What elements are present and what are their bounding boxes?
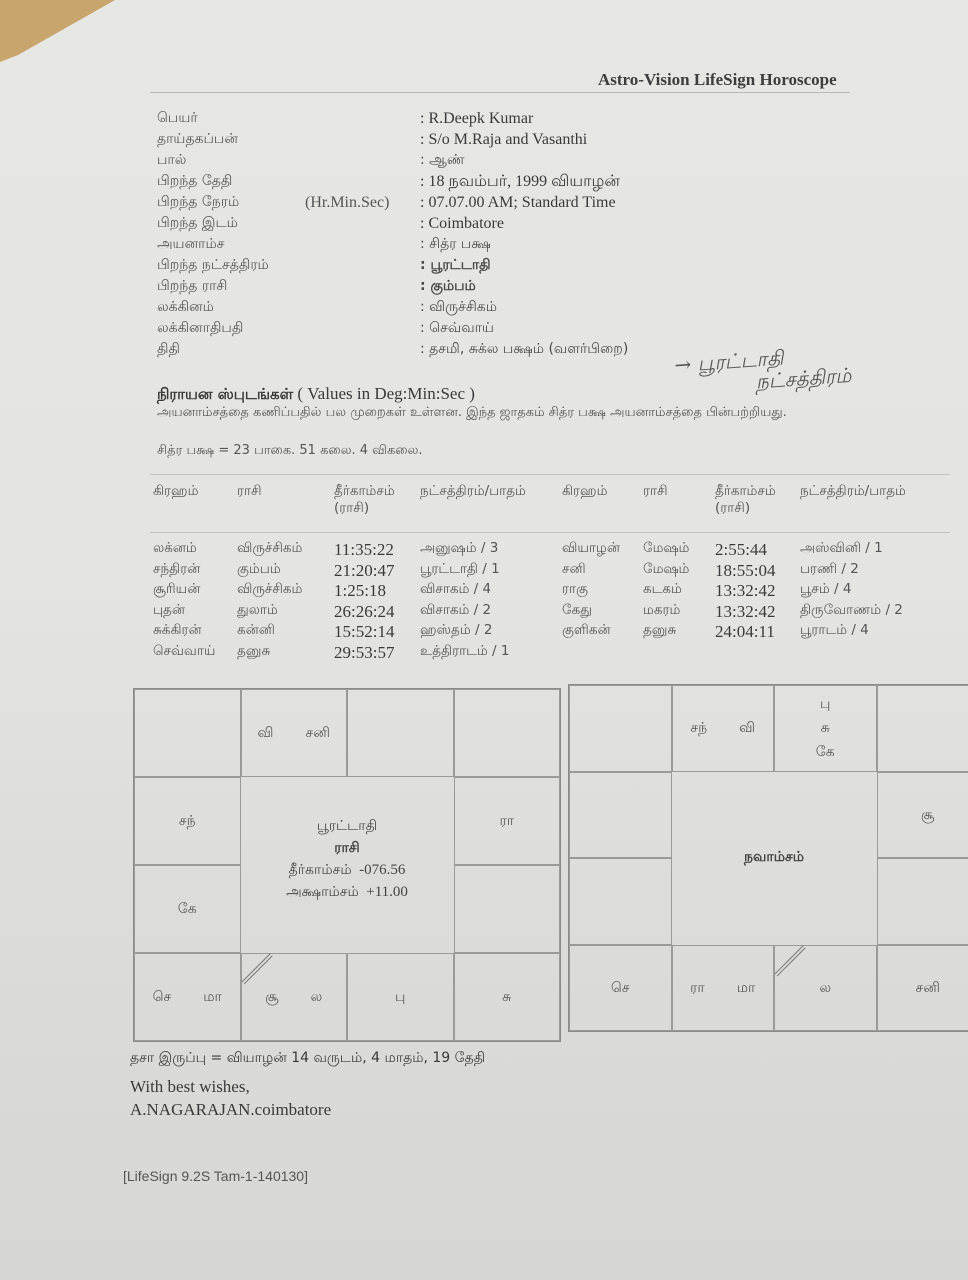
house-thula: பு [347,953,454,1041]
table-header-rule [150,532,950,533]
house-rishaba [347,689,454,777]
house-vrischika: ராமா [672,945,775,1032]
table-cell-longitude: 13:32:42 [715,602,775,622]
table-cell-rasi: மேஷம் [643,540,689,558]
table-cell-longitude: 1:25:18 [334,581,386,601]
table-cell-planet: குளிகன் [562,622,611,640]
house-simha [877,858,968,945]
house-mesha: விசனி [241,689,348,777]
table-header: கிரஹம் [153,483,198,500]
table-cell-longitude: 29:53:57 [334,643,394,663]
planet-abbr: செ [611,976,630,1000]
planet-abbr: கே [178,897,197,921]
table-cell-rasi: தனுசு [643,622,676,640]
table-cell-longitude: 24:04:11 [715,622,775,642]
planet-abbr: ல [819,976,831,1000]
house-kumbha: சந் [134,777,241,865]
planet-abbr: ரா [499,809,514,833]
table-cell-longitude: 21:20:47 [334,561,394,581]
house-kataka: சூ [877,772,968,859]
info-label: பெயர் [157,108,198,129]
planet-abbr: சு [821,716,830,740]
table-cell-rasi: மகரம் [643,602,680,620]
info-label: பிறந்த தேதி [157,171,232,192]
house-makara: கே [134,865,241,953]
table-cell-rasi: மேஷம் [643,561,689,579]
software-version: [LifeSign 9.2S Tam-1-140130] [123,1168,308,1184]
planet-abbr: சந் [690,716,707,740]
table-cell-longitude: 2:55:44 [715,540,767,560]
table-header: ராசி [237,483,262,500]
signature: A.NAGARAJAN.coimbatore [130,1100,331,1120]
latitude: அக்ஷாம்சம் +11.00 [241,881,454,903]
planet-abbr: வி [258,721,274,745]
dasa-balance: தசா இருப்பு = வியாழன் 14 வருடம், 4 மாதம்… [130,1047,485,1068]
table-cell-longitude: 15:52:14 [334,622,394,642]
house-makara [569,858,672,945]
sputas-title: நிராயன ஸ்புடங்கள் ( Values in Deg:Min:Se… [157,384,475,405]
table-cell-rasi: கன்னி [237,622,275,640]
table-cell-planet: கேது [562,602,592,620]
table-cell-rasi: கடகம் [643,581,682,599]
table-cell-planet: புதன் [153,602,185,620]
table-cell-planet: வியாழன் [562,540,620,558]
planet-abbr: பு [395,985,405,1009]
chart-center: பூரட்டாதிராசிதீர்காம்சம் -076.56அக்ஷாம்ச… [241,777,454,953]
longitude: தீர்காம்சம் -076.56 [241,859,454,881]
table-cell-nakshatra: பூராடம் / 4 [800,622,869,640]
info-value: : ஆண் [420,150,465,171]
info-label: பிறந்த நேரம் [157,192,239,213]
info-label: பால் [157,150,186,171]
info-value: : விருச்சிகம் [420,297,497,318]
house-kanni: சு [454,953,561,1041]
info-value: : கும்பம் [420,276,476,297]
table-header: கிரஹம் [562,483,607,500]
house-dhanus: செமா [134,953,241,1041]
rasi-chart: விசனிசந்ராகேசெமாசூலபுசுபூரட்டாதிராசிதீர்… [133,688,561,1042]
table-cell-rasi: துலாம் [237,602,278,620]
ayanamsa-value: சித்ர பக்ஷ = 23 பாகை. 51 கலை. 4 விகலை. [157,443,423,459]
table-cell-longitude: 26:26:24 [334,602,394,622]
table-cell-planet: சுக்கிரன் [153,622,202,640]
planet-abbr: சந் [179,809,196,833]
table-cell-longitude: 18:55:04 [715,561,775,581]
info-label: பிறந்த ராசி [157,276,227,297]
info-label-unit: (Hr.Min.Sec) [305,192,389,214]
table-cell-nakshatra: திருவோணம் / 2 [800,602,903,620]
info-value: : 18 நவம்பர், 1999 வியாழன் [420,171,620,192]
info-value: : R.Deepk Kumar [420,108,533,129]
info-label: திதி [157,339,180,360]
info-value: : தசமி, சுக்ல பக்ஷம் (வளர்பிறை) [420,339,628,360]
info-value: : S/o M.Raja and Vasanthi [420,129,587,150]
planet-abbr: சனி [916,976,941,1000]
ayanamsa-paragraph: அயனாம்சத்தை கணிப்பதில் பல முறைகள் உள்ளன.… [157,404,863,422]
table-cell-planet: சனி [562,561,586,579]
planet-abbr: ல [311,985,323,1009]
table-cell-planet: ராகு [562,581,588,599]
table-cell-longitude: 11:35:22 [334,540,394,560]
planet-abbr: மா [737,976,756,1000]
chart-title: ராசி [241,837,454,859]
table-header: தீர்காம்சம் (ராசி) [334,483,416,517]
wishes-text: With best wishes, [130,1077,250,1097]
planet-abbr: செ [153,985,172,1009]
document-title: Astro-Vision LifeSign Horoscope [598,70,837,90]
document-page: Astro-Vision LifeSign Horoscope பெயர்: R… [0,0,968,1280]
table-cell-nakshatra: அஸ்வினி / 1 [800,540,883,558]
table-cell-nakshatra: ஹஸ்தம் / 2 [420,622,492,640]
info-label: பிறந்த இடம் [157,213,238,234]
info-value: : சித்ர பக்ஷ [420,234,491,255]
table-cell-nakshatra: விசாகம் / 2 [420,602,491,620]
table-cell-rasi: விருச்சிகம் [237,540,302,558]
house-meena [134,689,241,777]
planet-abbr: பு [820,692,830,716]
info-value: : பூரட்டாதி [420,255,491,276]
table-cell-nakshatra: பூரட்டாதி / 1 [420,561,500,579]
table-cell-nakshatra: பூசம் / 4 [800,581,851,599]
table-top-rule [150,474,950,475]
chart-center: நவாம்சம் [672,772,877,945]
house-kataka: ரா [454,777,561,865]
table-header: நட்சத்திரம்/பாதம் [800,483,906,500]
header-divider [150,92,850,93]
planet-abbr: சனி [305,721,330,745]
chart-title: நவாம்சம் [744,849,804,867]
info-label: அயனாம்ச [157,234,224,255]
handwritten-note: → பூரட்டாதி நட்சத்திரம் [674,342,852,398]
planet-abbr: மா [203,985,222,1009]
info-value: : செவ்வாய் [420,318,494,339]
table-cell-rasi: விருச்சிகம் [237,581,302,599]
planet-abbr: வி [739,716,755,740]
house-kanni: சனி [877,945,968,1032]
table-cell-planet: லக்னம் [153,540,197,558]
house-dhanus: செ [569,945,672,1032]
house-rishaba: புசுகே [774,685,877,772]
info-value: : Coimbatore [420,213,504,234]
table-cell-planet: சூரியன் [153,581,200,599]
house-meena [569,685,672,772]
table-cell-nakshatra: பரணி / 2 [800,561,859,579]
house-mesha: சந்வி [672,685,775,772]
info-label: பிறந்த நட்சத்திரம் [157,255,269,276]
table-header: நட்சத்திரம்/பாதம் [420,483,526,500]
table-cell-longitude: 13:32:42 [715,581,775,601]
house-mithuna [454,689,561,777]
planet-abbr: சூ [265,985,278,1009]
info-label: லக்கினம் [157,297,214,318]
navamsa-chart: சந்விபுசுகேசூசெராமாலசனிநவாம்சம் [568,684,968,1032]
house-simha [454,865,561,953]
birth-star: பூரட்டாதி [241,815,454,837]
table-header: தீர்காம்சம் (ராசி) [715,483,797,517]
info-label: லக்கினாதிபதி [157,318,243,339]
planet-abbr: கே [816,740,835,764]
house-kumbha [569,772,672,859]
table-cell-nakshatra: அனுஷம் / 3 [420,540,498,558]
planet-abbr: சூ [921,803,934,827]
planet-abbr: சு [502,985,511,1009]
planet-abbr: ரா [690,976,705,1000]
table-cell-rasi: கும்பம் [237,561,281,579]
table-header: ராசி [643,483,668,500]
table-cell-planet: சந்திரன் [153,561,200,579]
table-cell-planet: செவ்வாய் [153,643,215,661]
info-value: : 07.07.00 AM; Standard Time [420,192,616,213]
table-cell-nakshatra: உத்திராடம் / 1 [420,643,509,661]
info-label: தாய்தகப்பன் [157,129,238,150]
house-mithuna [877,685,968,772]
table-cell-rasi: தனுசு [237,643,270,661]
table-cell-nakshatra: விசாகம் / 4 [420,581,491,599]
